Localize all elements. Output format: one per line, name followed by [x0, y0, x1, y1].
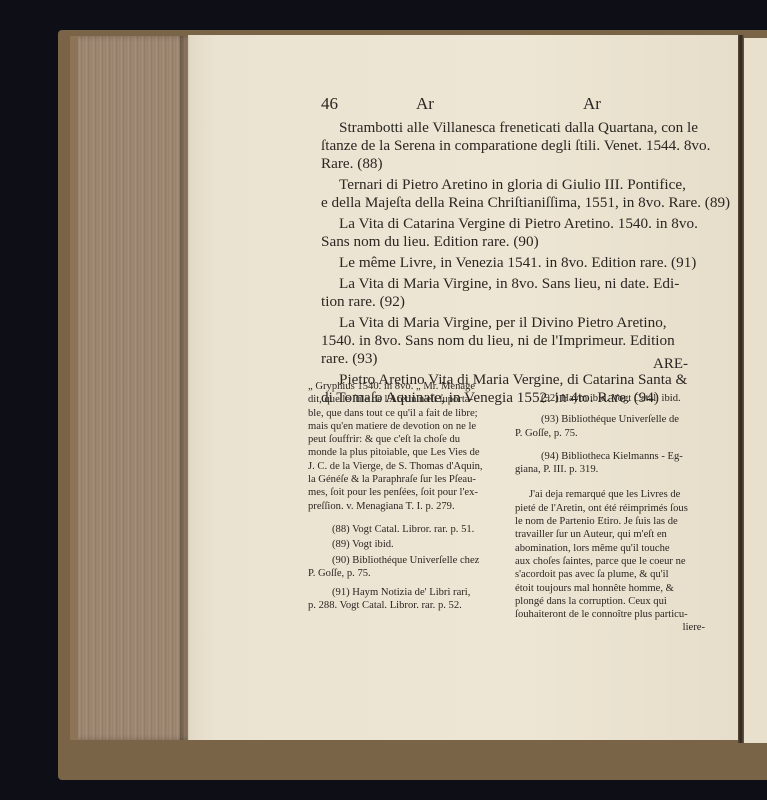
note-line: giana, P. III. p. 319.	[515, 463, 705, 476]
note-line: P. Goſſe, p. 75.	[515, 427, 705, 440]
text-line: e della Majeſta della Reina Chriſtianiſſ…	[321, 194, 698, 212]
entry-93: La Vita di Maria Virgine, per il Divino …	[321, 314, 698, 368]
note-line: dit, que le ſtile de l'Aretin n'eſt ſupo…	[308, 393, 498, 406]
note-line: (91) Haym Notizia de' Libri rari,	[308, 586, 498, 599]
facing-page-edge	[744, 38, 767, 743]
text-line: 1540. in 8vo. Sans nom du lieu, ni de l'…	[321, 332, 698, 350]
running-head: 46 Ar Ar	[321, 94, 731, 116]
text-line: Ternari di Pietro Aretino in gloria di G…	[321, 176, 698, 194]
note-line: étoit toujours mal honnête homme, &	[515, 582, 705, 595]
note-line: ble, que dans tout ce qu'il a fait de li…	[308, 407, 498, 420]
running-head-right: Ar	[583, 94, 601, 114]
text-line: La Vita di Maria Virgine, in 8vo. Sans l…	[321, 275, 698, 293]
text-line: rare. (93)	[321, 350, 698, 368]
note-line: (89) Vogt ibid.	[308, 538, 498, 551]
note-line: ſouhaiteront de le connoître plus partic…	[515, 608, 705, 621]
footnote-commentary: J'ai deja remarqué que les Livres de pie…	[515, 488, 705, 634]
note-line: (88) Vogt Catal. Libror. rar. p. 51.	[308, 523, 498, 536]
text-line: Le même Livre, in Venezia 1541. in 8vo. …	[321, 254, 698, 272]
entry-92: La Vita di Maria Virgine, in 8vo. Sans l…	[321, 275, 698, 311]
text-line: La Vita di Maria Virgine, per il Divino …	[321, 314, 698, 332]
footnotes-left-column: „ Gryphius 1540. in 8vo. „ Mr. Menage di…	[308, 380, 498, 619]
footnote-91: (91) Haym Notizia de' Libri rari, p. 288…	[308, 586, 498, 613]
note-line: „ Gryphius 1540. in 8vo. „ Mr. Menage	[308, 380, 498, 393]
spine-shadow	[180, 36, 190, 740]
note-line: preſſion. v. Menagiana T. I. p. 279.	[308, 500, 498, 513]
note-line: (92) Haym ibid. Vogt Catal. ibid.	[515, 392, 705, 405]
note-line: (90) Bibliothéque Univerſelle chez	[308, 554, 498, 567]
note-line: pieté de l'Aretin, ont été réimprimés ſo…	[515, 502, 705, 515]
note-line: aux choſes ſaintes, parce que le coeur n…	[515, 555, 705, 568]
note-line: mais qu'en matiere de devotion on ne le	[308, 420, 498, 433]
footnote-continuation: „ Gryphius 1540. in 8vo. „ Mr. Menage di…	[308, 380, 498, 513]
note-line: plongé dans la corruption. Ceux qui	[515, 595, 705, 608]
footnote-93: (93) Bibliothéque Univerſelle de P. Goſſ…	[515, 413, 705, 440]
note-line: P. Goſſe, p. 75.	[308, 567, 498, 580]
footnote-92: (92) Haym ibid. Vogt Catal. ibid.	[515, 392, 705, 405]
note-line: monde la plus pitoiable, que Les Vies de	[308, 446, 498, 459]
note-line: J. C. de la Vierge, de S. Thomas d'Aquin…	[308, 460, 498, 473]
entry-88: Strambotti alle Villanesca freneticati d…	[321, 119, 698, 173]
note-line: J'ai deja remarqué que les Livres de	[515, 488, 705, 501]
footnote-88: (88) Vogt Catal. Libror. rar. p. 51.	[308, 523, 498, 536]
text-line: ſtanze de la Serena in comparatione degl…	[321, 137, 698, 155]
catchword: ARE-	[653, 356, 688, 373]
note-line: travailler ſur un Auteur, qui m'eſt en	[515, 528, 705, 541]
note-line: mes, ſoit pour les penſées, ſoit pour l'…	[308, 486, 498, 499]
note-line: (93) Bibliothéque Univerſelle de	[515, 413, 705, 426]
footnote-89: (89) Vogt ibid.	[308, 538, 498, 551]
text-line: Sans nom du lieu. Edition rare. (90)	[321, 233, 698, 251]
running-head-left: Ar	[416, 94, 434, 114]
entry-89: Ternari di Pietro Aretino in gloria di G…	[321, 176, 698, 212]
note-line: p. 288. Vogt Catal. Libror. rar. p. 52.	[308, 599, 498, 612]
note-line: s'acordoit pas avec ſa plume, & qu'il	[515, 568, 705, 581]
note-line: la Généſe & la Paraphraſe ſur les Pſeau-	[308, 473, 498, 486]
book-page: 46 Ar Ar Strambotti alle Villanesca fren…	[188, 35, 738, 740]
footnote-94: (94) Bibliotheca Kielmanns - Eg- giana, …	[515, 450, 705, 477]
text-line: tion rare. (92)	[321, 293, 698, 311]
footnotes-right-column: (92) Haym ibid. Vogt Catal. ibid. (93) B…	[515, 380, 705, 641]
text-line: Strambotti alle Villanesca freneticati d…	[321, 119, 698, 137]
main-text: Strambotti alle Villanesca freneticati d…	[321, 119, 698, 410]
note-line: liere-	[515, 621, 705, 634]
entry-90: La Vita di Catarina Vergine di Pietro Ar…	[321, 215, 698, 251]
text-line: La Vita di Catarina Vergine di Pietro Ar…	[321, 215, 698, 233]
note-line: le nom de Partenio Etiro. Je ſuis las de	[515, 515, 705, 528]
note-line: peut ſouffrir: & que c'eſt la choſe du	[308, 433, 498, 446]
note-line: (94) Bibliotheca Kielmanns - Eg-	[515, 450, 705, 463]
footnote-90: (90) Bibliothéque Univerſelle chez P. Go…	[308, 554, 498, 581]
note-line: abomination, lors même qu'il touche	[515, 542, 705, 555]
page-number: 46	[321, 94, 338, 114]
page-edges	[70, 36, 196, 740]
text-line: Rare. (88)	[321, 155, 698, 173]
entry-91: Le même Livre, in Venezia 1541. in 8vo. …	[321, 254, 698, 272]
